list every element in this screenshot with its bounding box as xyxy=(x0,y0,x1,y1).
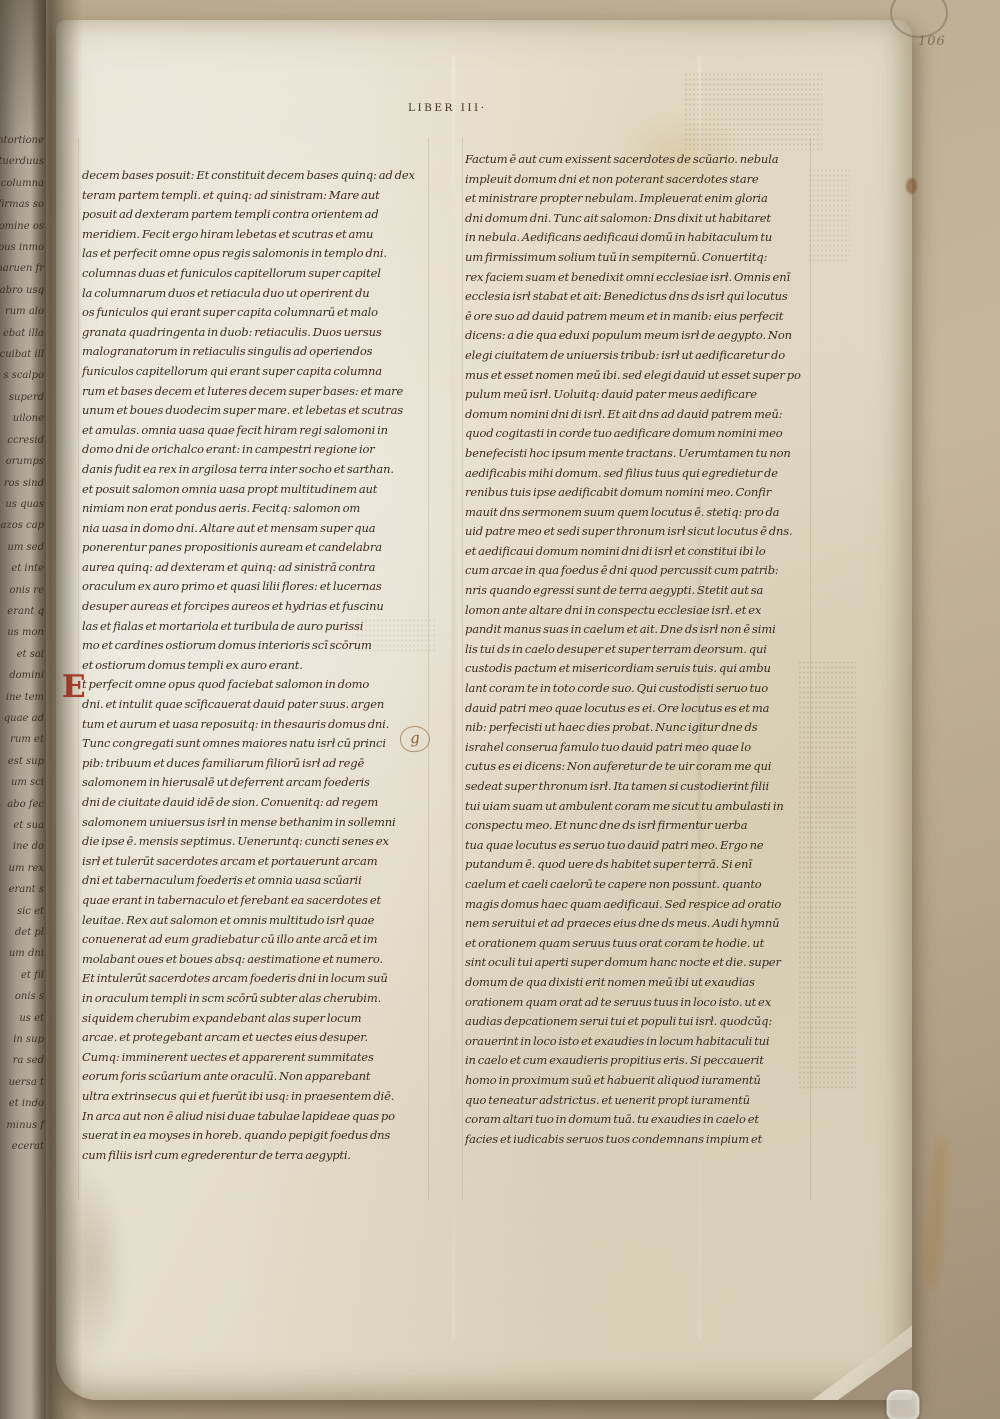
parchment-page: LIBER III· 106 E g decem bases posuit: E… xyxy=(56,20,912,1400)
text-line: in oraculum templi in scm scōrū subter a… xyxy=(82,989,430,1009)
manuscript-photo: { "page": { "header": "LIBER III·", "fol… xyxy=(0,0,1000,1419)
text-line: in nebula. Aedificans aedificaui domū in… xyxy=(465,228,811,248)
text-line: um dni xyxy=(0,943,45,964)
ink-speckles xyxy=(808,168,850,263)
text-line: unum et boues duodecim super mare. et le… xyxy=(82,401,430,421)
text-line: dni et tabernaculum foederis et omnia ua… xyxy=(82,871,430,891)
text-line: det pl xyxy=(0,922,45,943)
stain xyxy=(906,178,917,194)
text-line: die ipse ē. mensis septimus. Ueneruntq: … xyxy=(82,832,430,852)
text-line: Factum ē aut cum exissent sacerdotes de … xyxy=(465,150,811,170)
text-line: siquidem cherubim expandebant alas super… xyxy=(82,1009,430,1029)
text-line: In arca aut non ē aliud nisi duae tabula… xyxy=(82,1107,430,1127)
text-line: uid patre meo et sedi super thronum isrł… xyxy=(465,522,811,542)
text-line: rum alo xyxy=(0,301,45,322)
text-line: salomonem in hierusalē ut deferrent arca… xyxy=(82,773,430,793)
text-line: domo dni de orichalco erant: in campestr… xyxy=(82,440,430,460)
text-line: nris quando egressi sunt de terra aegypt… xyxy=(465,581,811,601)
text-line: putandum ē. quod uere ds habitet super t… xyxy=(465,855,811,875)
text-line: columnas duas et funiculos capitellorum … xyxy=(82,264,430,284)
text-line: atuerduus xyxy=(0,151,45,172)
text-line: isrł et tulerūt sacerdotes arcam et port… xyxy=(82,852,430,872)
text-line: oraculum ex auro primo et quasi lilii fl… xyxy=(82,577,430,597)
text-line: firmas so xyxy=(0,194,45,215)
text-line: las et perfecit omne opus regis salomoni… xyxy=(82,244,430,264)
text-line: abro usq xyxy=(0,280,45,301)
text-line: et sal xyxy=(0,644,45,665)
text-line: nem seruitui et ad praeces eius dne ds m… xyxy=(465,914,811,934)
text-line: salomonem uniuersus isrł in mense bethan… xyxy=(82,813,430,833)
text-line: opus inmo xyxy=(0,237,45,258)
text-line: tum et aurum et uasa reposuitq: in thesa… xyxy=(82,715,430,735)
text-line: est sup xyxy=(0,751,45,772)
text-line: orumps xyxy=(0,451,45,472)
text-line: et ostiorum domus templi ex auro erant. xyxy=(82,656,430,676)
text-line: mauit dns sermonem suum quem locutus ē. … xyxy=(465,503,811,523)
text-line: et inte xyxy=(0,558,45,579)
text-line: et ministrare propter nebulam. Impleuera… xyxy=(465,189,811,209)
text-line: quod cogitasti in corde tuo aedificare d… xyxy=(465,424,811,444)
text-line: et aedificaui domum nomini dni di isrł e… xyxy=(465,542,811,562)
text-line: domum de qua dixisti erit nomen meū ibi … xyxy=(465,973,811,993)
facing-page-edge: a contortioneatuerduussec columnafirmas … xyxy=(0,0,46,1419)
text-line: et sua xyxy=(0,815,45,836)
text-line: danis fudit ea rex in argilosa terra int… xyxy=(82,460,430,480)
text-line: et amulas. omnia uasa quae fecit hiram r… xyxy=(82,421,430,441)
text-line: mo et cardines ostiorum domus interioris… xyxy=(82,636,430,656)
text-line: facies et iudicabis seruos tuos condemna… xyxy=(465,1130,811,1150)
text-line: quae erant in tabernaculo et ferebant ea… xyxy=(82,891,430,911)
text-line: sec columna xyxy=(0,173,45,194)
text-line: tui uiam suam ut ambulent coram me sicut… xyxy=(465,797,811,817)
text-line: funiculos capitellorum qui erant super c… xyxy=(82,362,430,382)
text-line: et fil xyxy=(0,965,45,986)
text-line: sic et xyxy=(0,901,45,922)
text-line: dicens: a die qua eduxi populum meum isr… xyxy=(465,326,811,346)
text-line: ine do xyxy=(0,836,45,857)
right-column-lines: Factum ē aut cum exissent sacerdotes de … xyxy=(465,150,811,1149)
text-line: coram altari tuo in domum tuā. tu exaudi… xyxy=(465,1110,811,1130)
text-line: ebat illa xyxy=(0,323,45,344)
page-holder-tab xyxy=(886,1389,920,1419)
text-line: las et fialas et mortariola et turibula … xyxy=(82,617,430,637)
text-line: cutus es ei dicens: Non auferetur de te … xyxy=(465,757,811,777)
text-line: dni domum dni. Tunc ait salomon: Dns dix… xyxy=(465,209,811,229)
text-line: magis domus haec quam aedificaui. Sed re… xyxy=(465,895,811,915)
text-line: lant coram te in toto corde suo. Qui cus… xyxy=(465,679,811,699)
text-line: minus f xyxy=(0,1115,45,1136)
text-line: um firmissimum solium tuū in sempiternū.… xyxy=(465,248,811,268)
left-column-lines: decem bases posuit: Et constituit decem … xyxy=(82,166,430,1165)
text-line: ros sind xyxy=(0,473,45,494)
text-line: ultra extrinsecus qui et fuerūt ibi usq:… xyxy=(82,1087,430,1107)
text-line: benefecisti hoc ipsum mente tractans. Ue… xyxy=(465,444,811,464)
text-line: onis s xyxy=(0,986,45,1007)
text-line: pandit manus suas in caelum et ait. Dne … xyxy=(465,620,811,640)
text-line: domini xyxy=(0,665,45,686)
stain xyxy=(923,1135,951,1291)
text-line: ponerentur panes propositionis auream et… xyxy=(82,538,430,558)
text-line: onis re xyxy=(0,580,45,601)
text-line: a contortione xyxy=(0,130,45,151)
text-line: pulum meū isrł. Uoluitq: dauid pater meu… xyxy=(465,385,811,405)
text-line: lomon ante altare dni in conspectu eccle… xyxy=(465,601,811,621)
text-line: um sed xyxy=(0,537,45,558)
text-line: dni. et intulit quae scīficauerat dauid … xyxy=(82,695,430,715)
text-line: desuper aureas et forcipes aureos et hyd… xyxy=(82,597,430,617)
text-line: um sci xyxy=(0,772,45,793)
text-line: erant s xyxy=(0,879,45,900)
text-line: ccresid xyxy=(0,430,45,451)
text-line: ē ore suo ad dauid patrem meum et in man… xyxy=(465,307,811,327)
running-title: LIBER III· xyxy=(408,102,528,114)
text-line: suerat in ea moyses in horeb. quando pep… xyxy=(82,1126,430,1146)
text-line: posuit ad dexteram partem templi contra … xyxy=(82,205,430,225)
text-line: ine tem xyxy=(0,687,45,708)
text-line: bazos cap xyxy=(0,515,45,536)
text-line: homo in proximum suū et habuerit aliquod… xyxy=(465,1071,811,1091)
text-line: audias depcationem serui tui et populi t… xyxy=(465,1012,811,1032)
text-line: eorum foris scūarium ante oraculū. Non a… xyxy=(82,1067,430,1087)
text-line: elegi ciuitatem de uniuersis tribub: isr… xyxy=(465,346,811,366)
facing-edge-fragments: a contortioneatuerduussec columnafirmas … xyxy=(0,130,44,1158)
text-line: in sup xyxy=(0,1029,45,1050)
text-line: tua quae locutus es seruo tuo dauid patr… xyxy=(465,836,811,856)
text-line: Et intulerūt sacerdotes arcam foederis d… xyxy=(82,969,430,989)
text-line: israhel conserua famulo tuo dauid patri … xyxy=(465,738,811,758)
text-line: teram partem templi. et quinq: ad sinist… xyxy=(82,186,430,206)
text-line: rum et bases decem et luteres decem supe… xyxy=(82,382,430,402)
text-line: meridiem. Fecit ergo hiram lebetas et sc… xyxy=(82,225,430,245)
text-line: Tunc congregati sunt omnes maiores natu … xyxy=(82,734,430,754)
text-line: malogranatorum in retiaculis singulis ad… xyxy=(82,342,430,362)
ink-speckles xyxy=(684,72,822,150)
text-line: us quas xyxy=(0,494,45,515)
text-line: caelum et caeli caelorū te capere non po… xyxy=(465,875,811,895)
text-line: custodis pactum et misericordiam seruis … xyxy=(465,659,811,679)
right-column: Factum ē aut cum exissent sacerdotes de … xyxy=(465,150,811,1149)
text-line: et orationem quam seruus tuus orat coram… xyxy=(465,934,811,954)
text-line: conspectu meo. Et nunc dne ds isrł firme… xyxy=(465,816,811,836)
text-line: cum filiis isrł cum egrederentur de terr… xyxy=(82,1146,430,1166)
text-line: nomine os xyxy=(0,216,45,237)
text-line: nia uasa in domo dni. Altare aut et mens… xyxy=(82,519,430,539)
text-line: ecclesia isrł stabat et ait: Benedictus … xyxy=(465,287,811,307)
text-line: aurea quinq: ad dexteram et quinq: ad si… xyxy=(82,558,430,578)
text-line: pib: tribuum et duces familiarum filiorū… xyxy=(82,754,430,774)
text-line: ra sed xyxy=(0,1050,45,1071)
text-line: dauid patri meo quae locutus es ei. Ore … xyxy=(465,699,811,719)
text-line: us et xyxy=(0,1008,45,1029)
text-line: mus et esset nomen meū ibi. sed elegi da… xyxy=(465,366,811,386)
text-line: cum arcae in qua foedus ē dni quod percu… xyxy=(465,561,811,581)
text-line: rex faciem suam et benedixit omni eccles… xyxy=(465,268,811,288)
left-column: E g decem bases posuit: Et constituit de… xyxy=(82,166,430,1165)
text-line: la columnarum duos et retiacula duo ut o… xyxy=(82,284,430,304)
text-line: sint oculi tui aperti super domum hanc n… xyxy=(465,953,811,973)
rubric-initial-E: E xyxy=(62,670,86,704)
text-line: granata quadringenta in duob: retiaculis… xyxy=(82,323,430,343)
text-line: conuenerat ad eum gradiebatur cū illo an… xyxy=(82,930,430,950)
text-line: sedeat super thronum isrł. Ita tamen si … xyxy=(465,777,811,797)
text-line: et indo xyxy=(0,1093,45,1114)
text-line: nimiam non erat pondus aeris. Fecitq: sa… xyxy=(82,499,430,519)
text-line: superd xyxy=(0,387,45,408)
text-line: leuitae. Rex aut salomon et omnis multit… xyxy=(82,911,430,931)
text-line: impleuit domum dni et non poterant sacer… xyxy=(465,170,811,190)
text-line: orationem quam orat ad te seruus tuus in… xyxy=(465,993,811,1013)
text-line: s scalpo xyxy=(0,365,45,386)
text-line: domum nomini dni di isrł. Et ait dns ad … xyxy=(465,405,811,425)
text-line: os funiculos qui erant super capita colu… xyxy=(82,303,430,323)
text-line: um rex xyxy=(0,858,45,879)
text-line: ecerat xyxy=(0,1136,45,1157)
text-line: dni de ciuitate dauid idē de sion. Conue… xyxy=(82,793,430,813)
crease xyxy=(452,56,455,1340)
text-line: uilone xyxy=(0,408,45,429)
ruling-line xyxy=(462,138,463,1200)
stain xyxy=(56,1170,126,1360)
text-line: aedificabis mihi domum. sed filius tuus … xyxy=(465,464,811,484)
text-line: decem bases posuit: Et constituit decem … xyxy=(82,166,430,186)
text-line: nib: perfecisti ut haec dies probat. Nun… xyxy=(465,718,811,738)
text-line: quae ad xyxy=(0,708,45,729)
text-line: erant q xyxy=(0,601,45,622)
text-line: et posuit salomon omnia uasa propt multi… xyxy=(82,480,430,500)
text-line: us mon xyxy=(0,622,45,643)
text-line: renibus tuis ipse aedificabit domum nomi… xyxy=(465,483,811,503)
text-line: orauerint in loco isto et exaudies in lo… xyxy=(465,1032,811,1052)
text-line: rum et xyxy=(0,729,45,750)
text-line: arcae. et protegebant arcam et uectes ei… xyxy=(82,1028,430,1048)
text-line: uersa t xyxy=(0,1072,45,1093)
text-line: Cumq: imminerent uectes et apparerent su… xyxy=(82,1048,430,1068)
text-line: abo fec xyxy=(0,794,45,815)
text-line: cuibat ill xyxy=(0,344,45,365)
text-line: in caelo et cum exaudieris propitius eri… xyxy=(465,1051,811,1071)
text-line: naruen fr xyxy=(0,258,45,279)
text-line: lis tui ds in caelo desuper et super ter… xyxy=(465,640,811,660)
text-line: quo teneatur adstrictus. et uenerit prop… xyxy=(465,1091,811,1111)
text-line: molabant oues et boues absq: aestimation… xyxy=(82,950,430,970)
text-line: t perfecit omne opus quod faciebat salom… xyxy=(82,675,430,695)
